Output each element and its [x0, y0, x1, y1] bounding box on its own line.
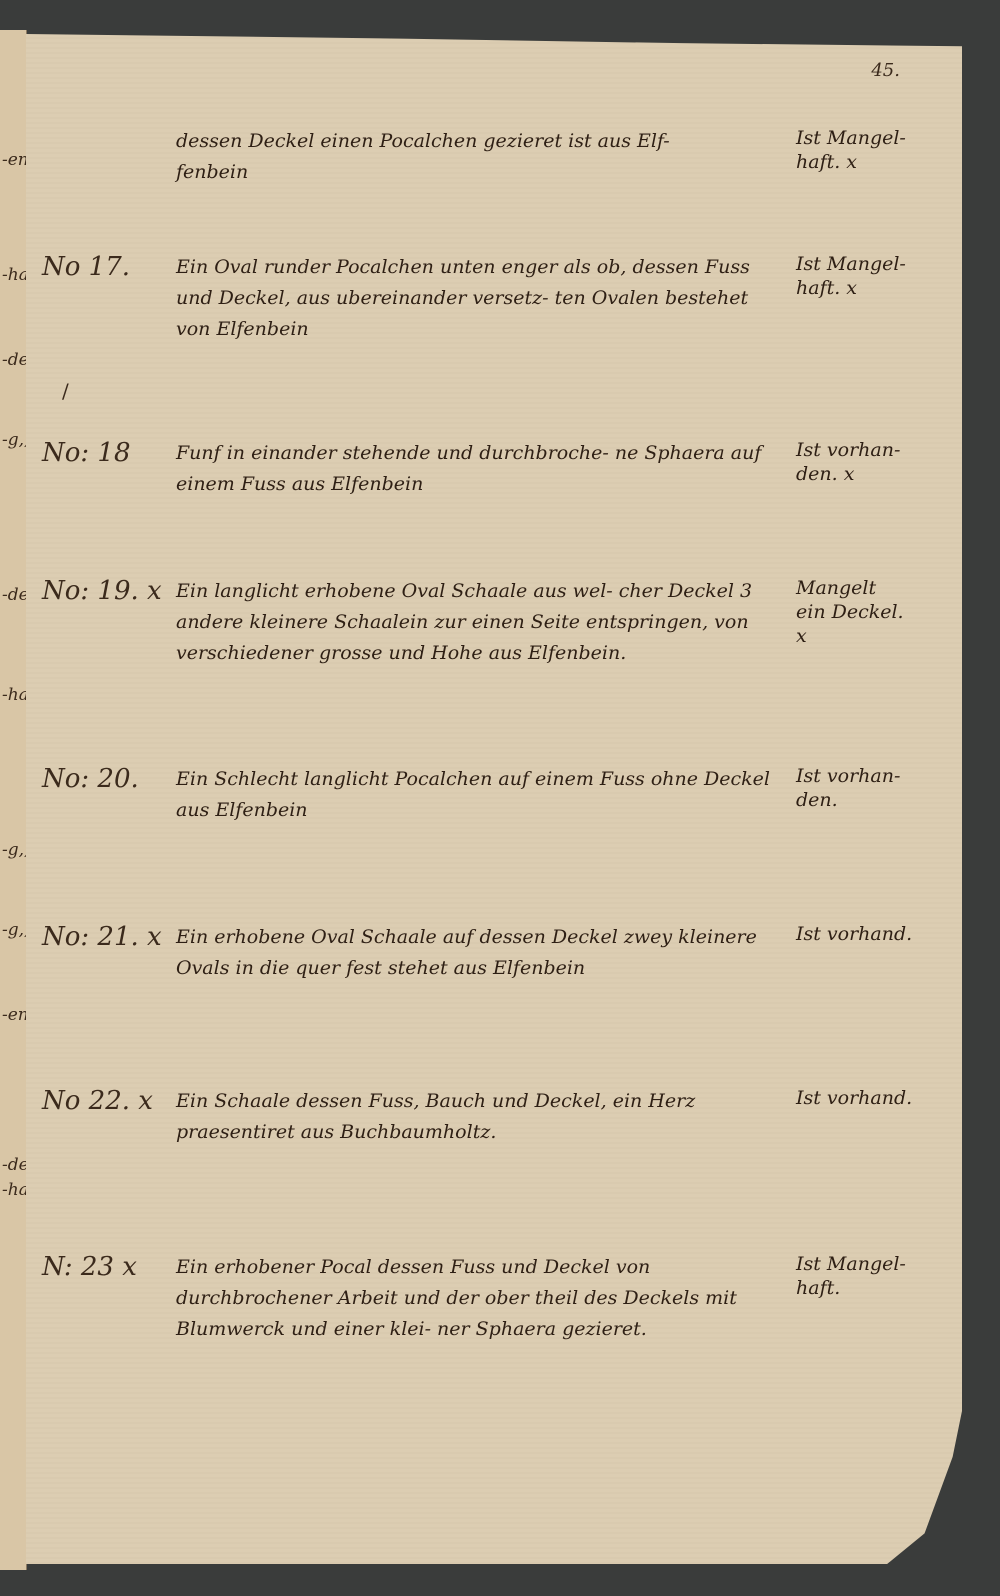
entry-note: Mangelt ein Deckel. x — [796, 576, 946, 648]
entry-number: No: 19. x — [42, 576, 162, 606]
entry-text: Funf in einander stehende und durchbroch… — [176, 438, 786, 500]
prev-page-fragment: -g,, — [2, 920, 29, 940]
prev-page-fragment: -g,, — [2, 430, 29, 450]
entry-number: No: 21. x — [42, 922, 162, 952]
entry-note: Ist vorhand. — [796, 1086, 946, 1110]
entry-text: Ein erhobener Pocal dessen Fuss und Deck… — [176, 1252, 786, 1345]
entry-number: No 22. x — [42, 1086, 153, 1116]
margin-mark: / — [62, 379, 69, 403]
entry-text: Ein Schaale dessen Fuss, Bauch und Decke… — [176, 1086, 786, 1148]
entry-number: N: 23 x — [42, 1252, 137, 1282]
entry-number: No: 18 — [42, 438, 131, 468]
entry-number: No: 20. — [42, 764, 139, 794]
manuscript-page: 45. dessen Deckel einen Pocalchen gezier… — [26, 34, 962, 1564]
folio-number: 45. — [871, 60, 900, 81]
entry-text: Ein langlicht erhobene Oval Schaale aus … — [176, 576, 786, 669]
entry-note: Ist Mangel- haft. x — [796, 252, 946, 300]
entry-note: Ist vorhan- den. x — [796, 438, 946, 486]
entry-note: Ist vorhan- den. — [796, 764, 946, 812]
prev-page-fragment: -g,, — [2, 840, 29, 860]
previous-page-edge: -ens -haft -den -g,, -den -haft -g,, -g,… — [0, 30, 27, 1570]
entry-text: Ein Oval runder Pocalchen unten enger al… — [176, 252, 786, 345]
entry-note: Ist Mangel- haft. x — [796, 126, 946, 174]
entry-number: No 17. — [42, 252, 130, 282]
entry-text: Ein erhobene Oval Schaale auf dessen Dec… — [176, 922, 786, 984]
entry-note: Ist vorhand. — [796, 922, 946, 946]
entry-text: Ein Schlecht langlicht Pocalchen auf ein… — [176, 764, 786, 826]
entry-note: Ist Mangel- haft. — [796, 1252, 946, 1300]
entry-text: dessen Deckel einen Pocalchen gezieret i… — [176, 126, 786, 188]
